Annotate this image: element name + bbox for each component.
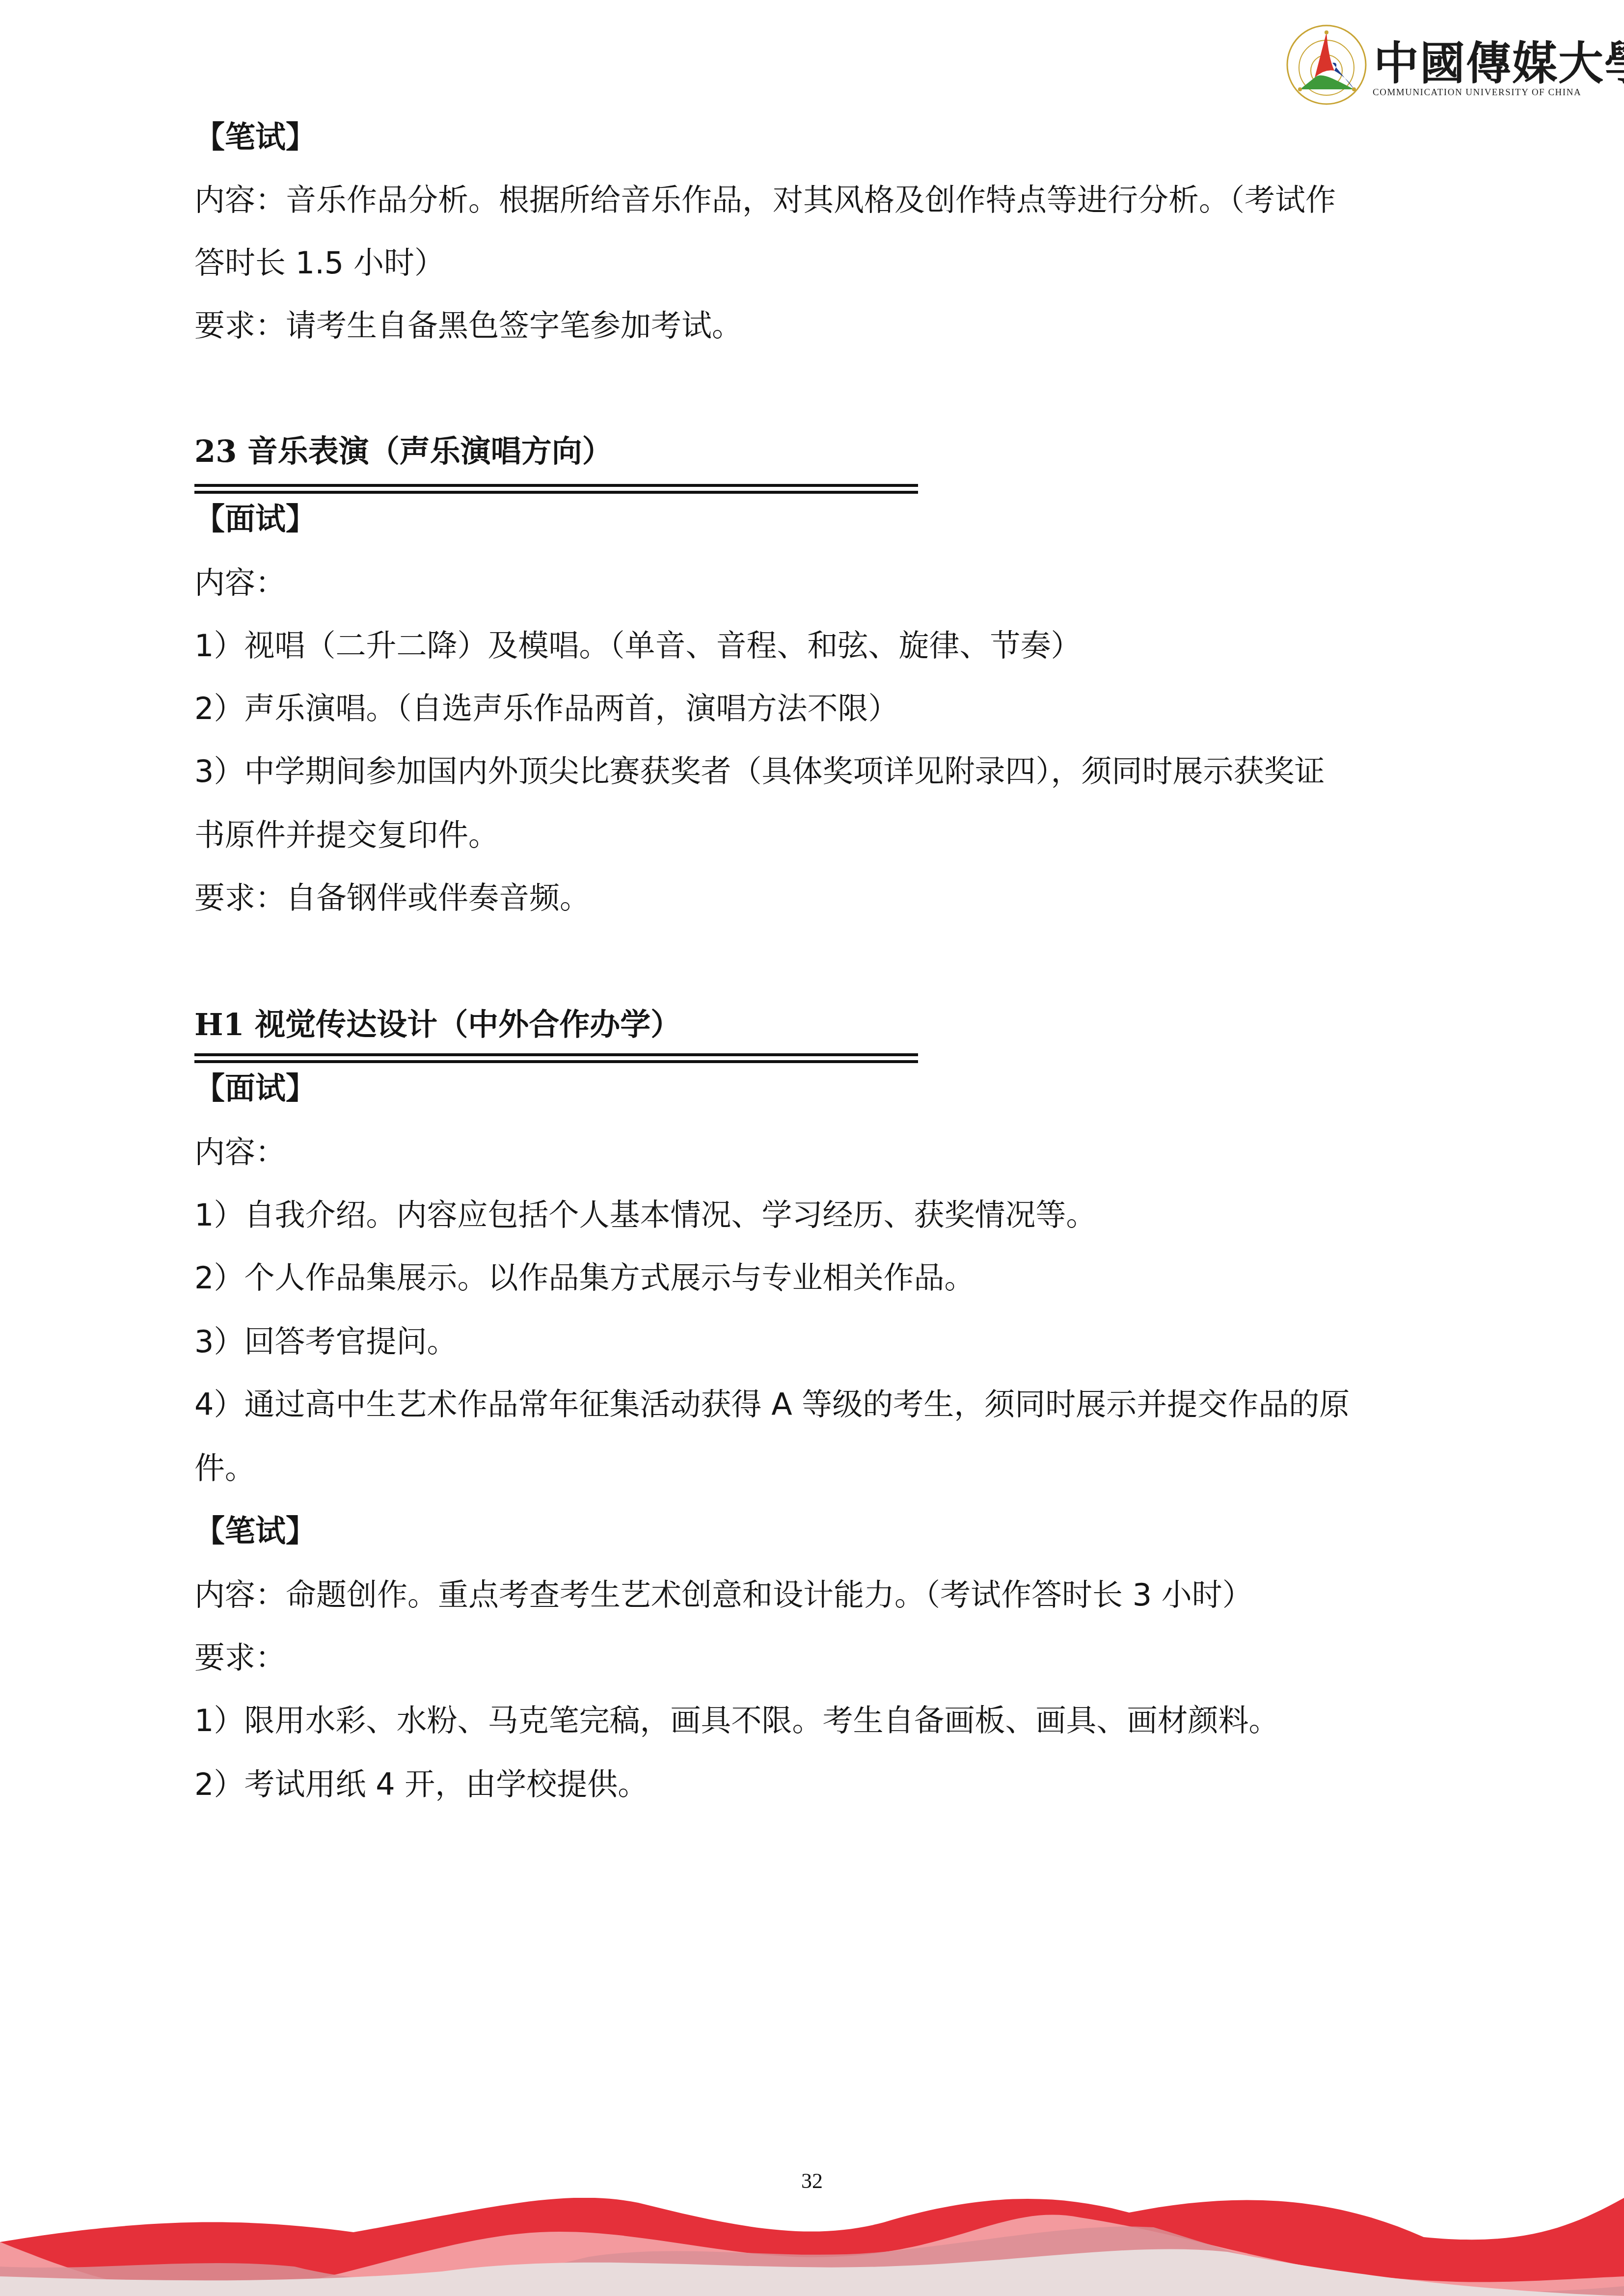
section-label-written: 【笔试】 (194, 118, 316, 157)
list-item: 1）限用水彩、水粉、马克笔完稿，画具不限。考生自备画板、画具、画材颜料。 (194, 1701, 1279, 1740)
requirement-line: 要求：请考生自备黑色签字笔参加考试。 (194, 306, 742, 346)
content-line: 答时长 1.5 小时） (194, 243, 445, 283)
section-title-23: 23 音乐表演（声乐演唱方向） (194, 432, 613, 471)
section-label-interview: 【面试】 (194, 500, 316, 539)
section-title-h1: H1 视觉传达设计（中外合作办学） (194, 1005, 681, 1044)
list-item: 3）中学期间参加国内外顶尖比赛获奖者（具体奖项详见附录四），须同时展示获奖证 (194, 752, 1325, 791)
list-item: 2）声乐演唱。（自选声乐作品两首，演唱方法不限） (194, 689, 898, 728)
list-item: 1）视唱（二升二降）及模唱。（单音、音程、和弦、旋律、节奏） (194, 626, 1081, 666)
requirement-line: 要求：自备钢伴或伴奏音频。 (194, 879, 590, 918)
footer-wave-decoration (0, 2198, 1624, 2296)
logo-name-en: COMMUNICATION UNIVERSITY OF CHINA (1373, 87, 1581, 98)
university-logo: 中國傳媒大學 COMMUNICATION UNIVERSITY OF CHINA (1285, 24, 1590, 107)
requirement-label: 要求： (194, 1638, 286, 1678)
section-label-written: 【笔试】 (194, 1512, 316, 1551)
double-rule-divider (194, 484, 918, 497)
list-item-continued: 书原件并提交复印件。 (194, 816, 499, 855)
page-number: 32 (0, 2168, 1624, 2193)
double-rule-divider (194, 1053, 918, 1066)
list-item: 3）回答考官提问。 (194, 1322, 457, 1362)
list-item: 2）考试用纸 4 开，由学校提供。 (194, 1765, 648, 1804)
section-label-interview: 【面试】 (194, 1069, 316, 1108)
list-item: 2）个人作品集展示。以作品集方式展示与专业相关作品。 (194, 1258, 974, 1298)
content-line: 内容：音乐作品分析。根据所给音乐作品，对其风格及创作特点等进行分析。（考试作 (194, 181, 1336, 220)
content-label: 内容： (194, 1133, 286, 1172)
list-item: 1）自我介绍。内容应包括个人基本情况、学习经历、获奖情况等。 (194, 1196, 1096, 1235)
logo-name-cn: 中國傳媒大學 (1374, 27, 1624, 92)
list-item-continued: 件。 (194, 1449, 255, 1488)
content-line: 内容：命题创作。重点考查考生艺术创意和设计能力。（考试作答时长 3 小时） (194, 1575, 1253, 1615)
content-label: 内容： (194, 563, 286, 603)
university-emblem-icon (1285, 24, 1368, 106)
list-item: 4）通过高中生艺术作品常年征集活动获得 A 等级的考生，须同时展示并提交作品的原 (194, 1385, 1350, 1424)
